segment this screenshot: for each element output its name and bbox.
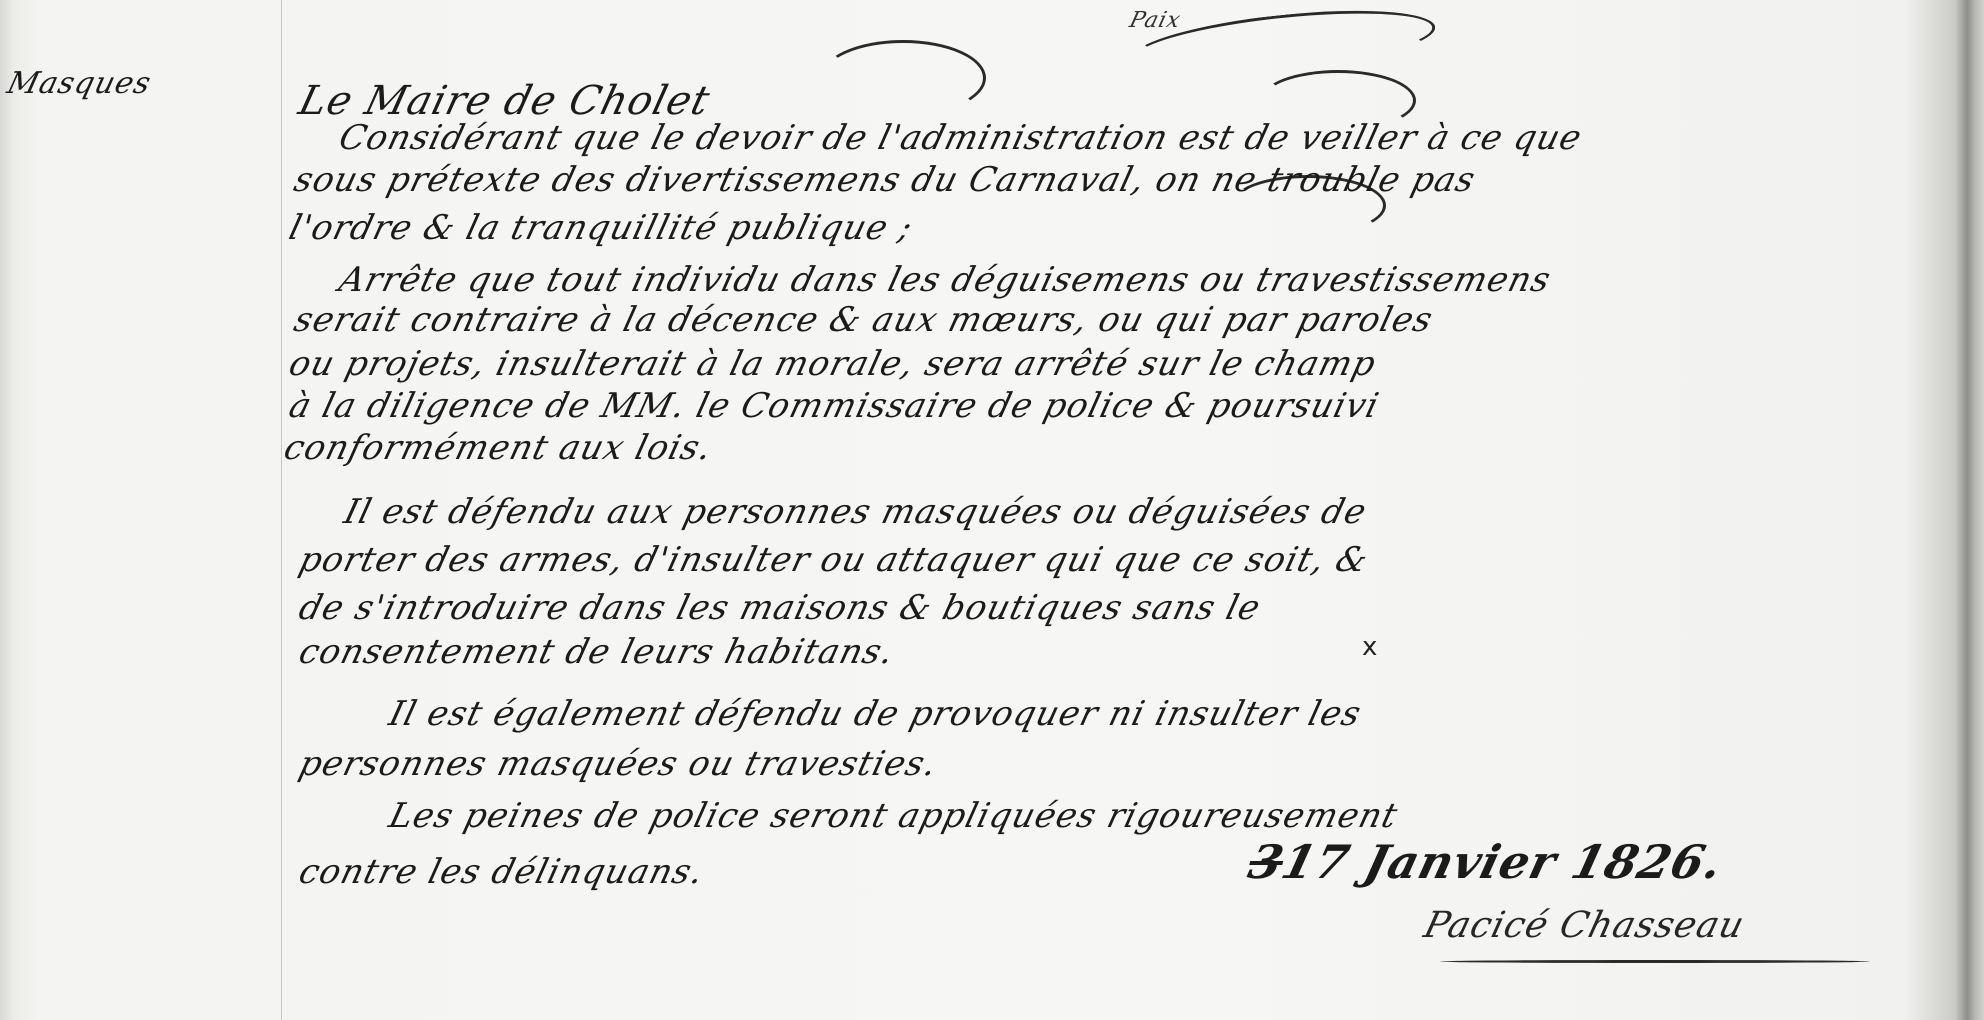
heading-mark: Paix [1127, 8, 1184, 33]
signature: Pacicé Chasseau [1420, 905, 1749, 946]
manuscript-page: Masques Paix Le Maire de Cholet Considér… [0, 0, 1984, 1020]
body-line: Arrête que tout individu dans les déguis… [335, 260, 1555, 300]
body-line: serait contraire à la décence & aux mœur… [290, 300, 1437, 340]
body-line: Considérant que le devoir de l'administr… [335, 118, 1586, 158]
body-line: porter des armes, d'insulter ou attaquer… [295, 540, 1372, 580]
margin-rule [281, 0, 282, 1020]
signature-flourish [1440, 960, 1870, 963]
body-line: contre les délinquans. [295, 852, 708, 892]
binding-spine [1956, 0, 1984, 1020]
flourish-ornament [820, 40, 986, 116]
insert-mark: x [1362, 632, 1377, 662]
body-line: sous prétexte des divertissemens du Carn… [290, 160, 1480, 200]
body-line: personnes masquées ou travesties. [295, 744, 941, 784]
body-line: l'ordre & la tranquillité publique ; [285, 208, 917, 248]
document-date: 317 Janvier 1826. [1243, 835, 1728, 889]
body-line: Il est également défendu de provoquer ni… [385, 694, 1366, 734]
body-line: consentement de leurs habitans. [295, 632, 898, 672]
body-line: ou projets, insulterait à la morale, ser… [285, 344, 1380, 384]
body-line: conformément aux lois. [280, 428, 716, 468]
body-line: de s'introduire dans les maisons & bouti… [295, 588, 1265, 628]
margin-note: Masques [4, 66, 155, 101]
date-text: 17 Janvier 1826. [1276, 835, 1728, 889]
body-line: Les peines de police seront appliquées r… [385, 796, 1402, 836]
body-line: à la diligence de MM. le Commissaire de … [285, 386, 1383, 426]
body-line: Il est défendu aux personnes masquées ou… [340, 492, 1371, 532]
